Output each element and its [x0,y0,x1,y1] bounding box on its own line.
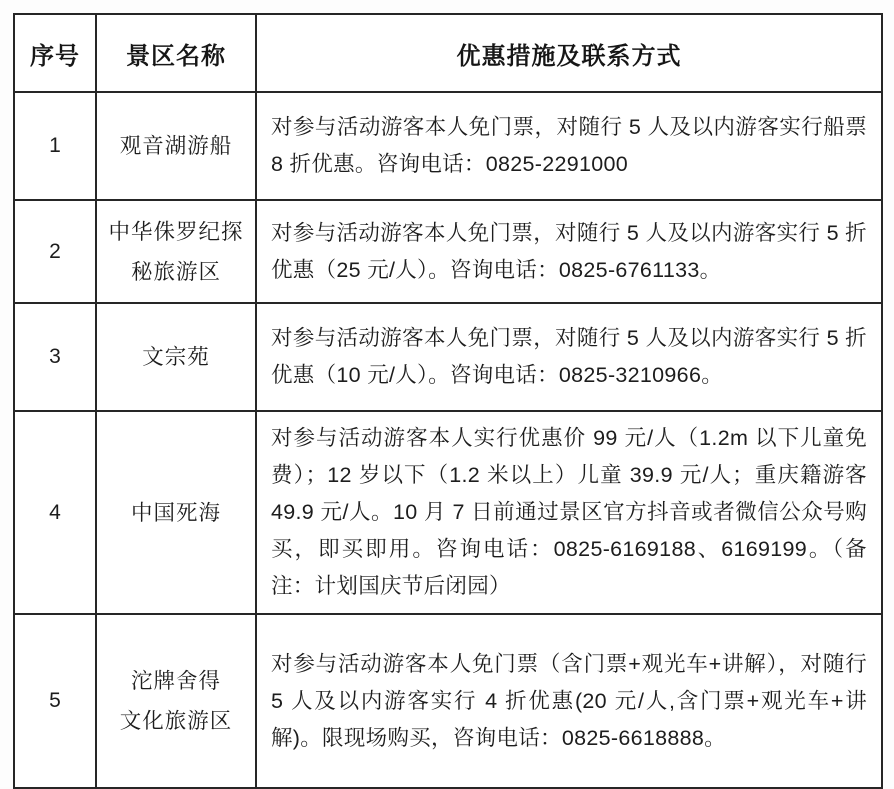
scenic-area-name: 沱牌舍得 文化旅游区 [96,614,256,788]
discount-detail: 对参与活动游客本人实行优惠价 99 元/人（1.2m 以下儿童免费）；12 岁以… [256,411,882,614]
scenic-area-name: 文宗苑 [96,303,256,411]
table-row: 2 中华侏罗纪探 秘旅游区 对参与活动游客本人免门票，对随行 5 人及以内游客实… [14,200,882,303]
discount-detail: 对参与活动游客本人免门票，对随行 5 人及以内游客实行 5 折优惠（10 元/人… [256,303,882,411]
discount-table: 序号 景区名称 优惠措施及联系方式 1 观音湖游船 对参与活动游客本人免门票，对… [13,13,883,789]
discount-detail: 对参与活动游客本人免门票，对随行 5 人及以内游客实行 5 折优惠（25 元/人… [256,200,882,303]
row-number: 5 [14,614,96,788]
column-header-discount-contact: 优惠措施及联系方式 [256,14,882,92]
table-row: 1 观音湖游船 对参与活动游客本人免门票，对随行 5 人及以内游客实行船票 8 … [14,92,882,200]
column-header-scenic-name: 景区名称 [96,14,256,92]
discount-detail: 对参与活动游客本人免门票（含门票+观光车+讲解），对随行 5 人及以内游客实行 … [256,614,882,788]
table-row: 5 沱牌舍得 文化旅游区 对参与活动游客本人免门票（含门票+观光车+讲解），对随… [14,614,882,788]
scenic-area-name: 中国死海 [96,411,256,614]
row-number: 3 [14,303,96,411]
column-header-index: 序号 [14,14,96,92]
row-number: 2 [14,200,96,303]
table-row: 4 中国死海 对参与活动游客本人实行优惠价 99 元/人（1.2m 以下儿童免费… [14,411,882,614]
scenic-area-name: 中华侏罗纪探 秘旅游区 [96,200,256,303]
table-row: 3 文宗苑 对参与活动游客本人免门票，对随行 5 人及以内游客实行 5 折优惠（… [14,303,882,411]
scenic-area-name: 观音湖游船 [96,92,256,200]
table-header-row: 序号 景区名称 优惠措施及联系方式 [14,14,882,92]
row-number: 1 [14,92,96,200]
discount-detail: 对参与活动游客本人免门票，对随行 5 人及以内游客实行船票 8 折优惠。咨询电话… [256,92,882,200]
row-number: 4 [14,411,96,614]
document-page: 序号 景区名称 优惠措施及联系方式 1 观音湖游船 对参与活动游客本人免门票，对… [0,0,894,787]
